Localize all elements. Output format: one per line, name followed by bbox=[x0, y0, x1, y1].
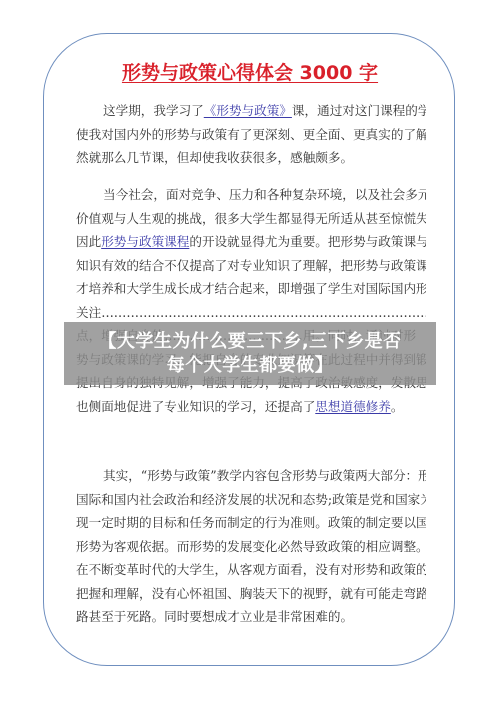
paragraph-line: 也侧面地促进了专业知识的学习，还提高了思想道德修养。 bbox=[76, 395, 426, 419]
text-span: 也侧面地促进了专业知识的学习，还提高了 bbox=[76, 399, 315, 414]
paragraph-line: 其实，“形势与政策”教学内容包含形势与政策两大部分：形势是 bbox=[76, 464, 426, 488]
paragraph-3: 其实，“形势与政策”教学内容包含形势与政策两大部分：形势是 国际和国内社会政治和… bbox=[76, 464, 426, 629]
paragraph-line: 才培养和大学生成长成才结合起来，即增强了学生对国际国内形势的 bbox=[76, 277, 426, 301]
paragraph-line: 知识有效的结合不仅提高了对专业知识了理解，把形势与政策课与人 bbox=[76, 254, 426, 278]
paragraph-line: 现一定时期的目标和任务而制定的行为准则。政策的制定要以国内外 bbox=[76, 511, 426, 535]
paragraph-line: 关注……………………………………………………………………………缺 bbox=[76, 301, 426, 325]
paragraph-1: 这学期，我学习了《形势与政策》课，通过对这门课程的学习， 使我对国内外的形势与政… bbox=[76, 99, 426, 170]
paragraph-line: 路甚至于死路。同时要想成才立业是非常困难的。 bbox=[76, 605, 426, 629]
paragraph-line: 国际和国内社会政治和经济发展的状况和态势;政策是党和国家为实 bbox=[76, 488, 426, 512]
paragraph-line: 因此形势与政策课程的开设就显得尤为重要。把形势与政策课与专业 bbox=[76, 230, 426, 254]
paragraph-line: 价值观与人生观的挑战，很多大学生都显得无所适从甚至惊慌失措， bbox=[76, 207, 426, 231]
paragraph-line: 把握和理解，没有心怀祖国、胸装天下的视野，就有可能走弯路、错 bbox=[76, 582, 426, 606]
text-span: 的开设就显得尤为重要。把形势与政策课与专业 bbox=[189, 234, 426, 249]
headline-overlay[interactable]: 【大学生为什么要三下乡,三下乡是否 每个大学生都要做】 bbox=[64, 322, 436, 385]
paragraph-line: 使我对国内外的形势与政策有了更深刻、更全面、更真实的了解，虽 bbox=[76, 123, 426, 147]
text-span: 因此 bbox=[76, 234, 101, 249]
course-link[interactable]: 《形势与政策》 bbox=[204, 103, 292, 118]
course-program-link[interactable]: 形势与政策课程 bbox=[101, 234, 189, 249]
headline-line-1: 【大学生为什么要三下乡,三下乡是否 bbox=[98, 330, 401, 354]
document-title: 形势与政策心得体会 3000 字 bbox=[0, 60, 500, 86]
paragraph-line: 形势为客观依据。而形势的发展变化必然导致政策的相应调整。身处 bbox=[76, 535, 426, 559]
document-title-text: 形势与政策心得体会 3000 字 bbox=[122, 62, 378, 84]
text-span: 这学期，我学习了 bbox=[103, 103, 204, 118]
text-span: 课，通过对这门课程的学习， bbox=[292, 103, 426, 118]
paragraph-line: 在不断变革时代的大学生，从客观方面看，没有对形势和政策的准确 bbox=[76, 558, 426, 582]
text-span: 。 bbox=[391, 399, 404, 414]
headline-line-2: 每个大学生都要做】 bbox=[167, 354, 334, 378]
paragraph-line: 然就那么几节课，但却使我收获很多，感触颇多。 bbox=[76, 146, 426, 170]
paragraph-line: 当今社会，面对竞争、压力和各种复杂环境，以及社会多元化的 bbox=[76, 183, 426, 207]
moral-cultivation-link[interactable]: 思想道德修养 bbox=[315, 399, 391, 414]
paragraph-line: 这学期，我学习了《形势与政策》课，通过对这门课程的学习， bbox=[76, 99, 426, 123]
